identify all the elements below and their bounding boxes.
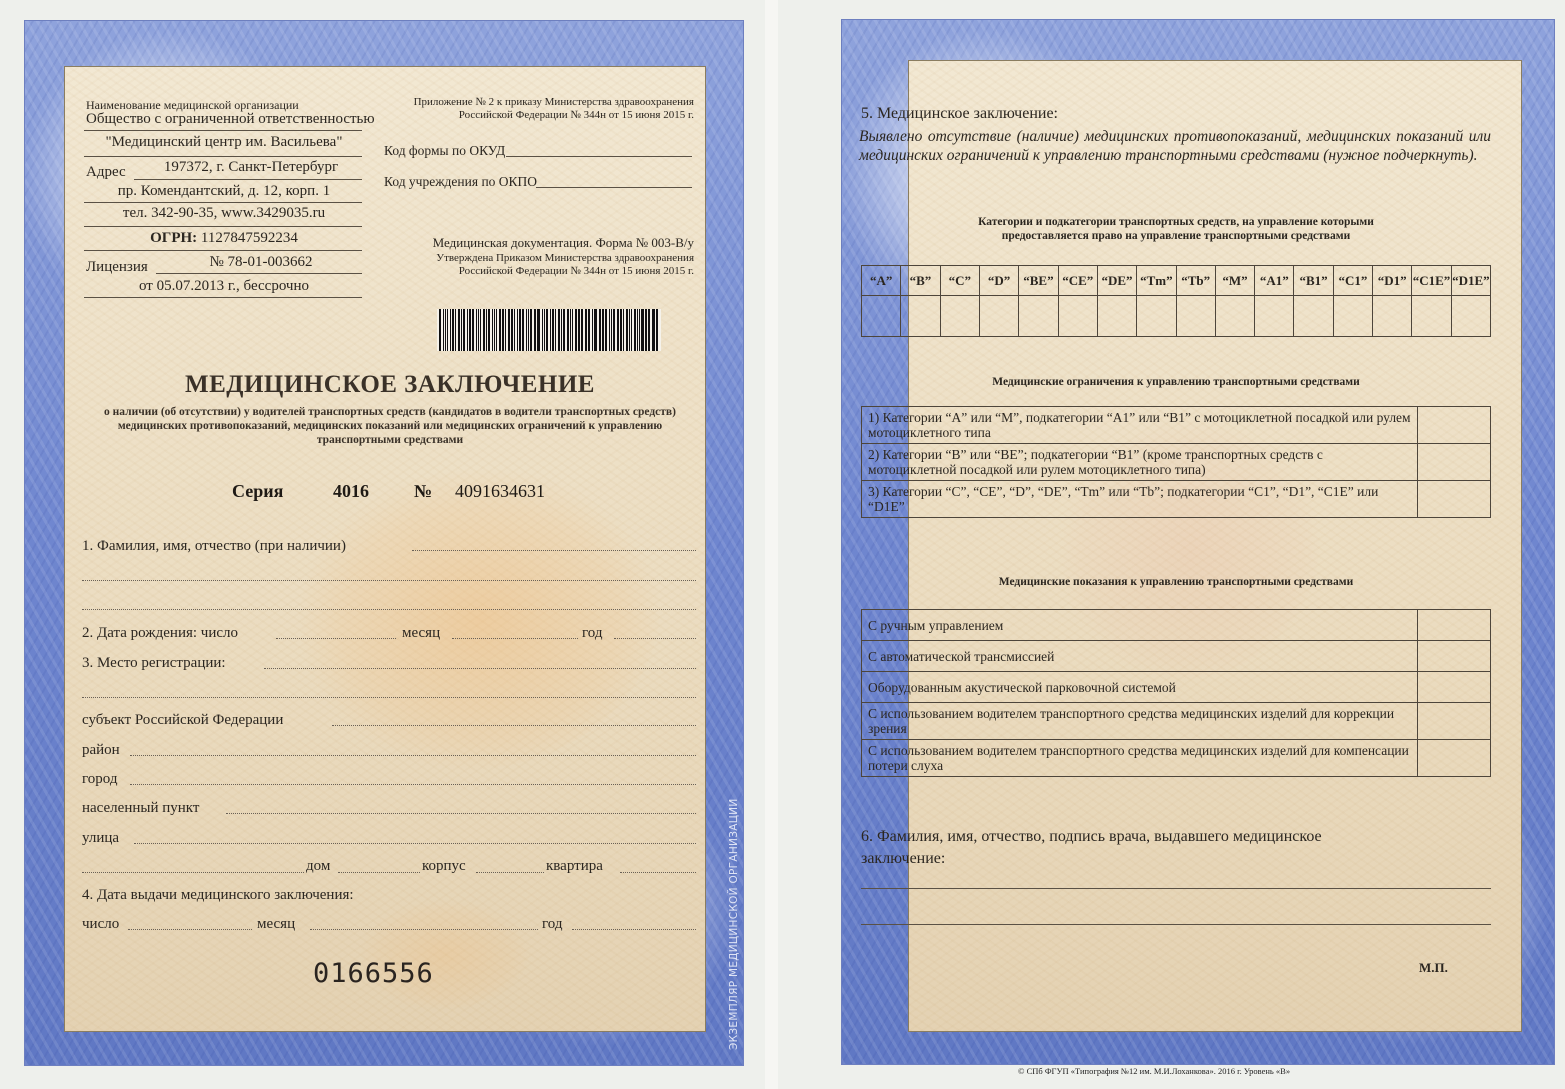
address-line1: 197372, г. Санкт-Петербург xyxy=(140,159,362,176)
category-header: “A” xyxy=(862,266,901,296)
table-row: 3) Категории “C”, “CE”, “D”, “DE”, “Tm” … xyxy=(862,481,1491,518)
issue-year-field[interactable] xyxy=(572,929,696,930)
section6-label: 6. Фамилия, имя, отчество, подпись врача… xyxy=(861,826,1381,870)
table-row: 1) Категории “A” или “M”, подкатегории “… xyxy=(862,407,1491,444)
org-name: "Медицинский центр им. Васильева" xyxy=(86,134,362,151)
indication-text: С использованием водителем транспортного… xyxy=(862,740,1418,777)
category-cell[interactable] xyxy=(1058,296,1097,337)
category-cell[interactable] xyxy=(1097,296,1136,337)
okpo-field[interactable] xyxy=(536,187,692,188)
category-cell[interactable] xyxy=(1137,296,1176,337)
category-cell[interactable] xyxy=(1176,296,1215,337)
issue-month-label: месяц xyxy=(257,916,295,933)
category-header: “B1” xyxy=(1294,266,1333,296)
section5-label: 5. Медицинское заключение: xyxy=(861,105,1058,123)
table-row: С ручным управлением xyxy=(862,610,1491,641)
street-label: улица xyxy=(82,830,119,847)
issue-year-label: год xyxy=(542,916,562,933)
form-line1: Медицинская документация. Форма № 003-В/… xyxy=(380,235,694,251)
fullname-field-2[interactable] xyxy=(82,580,696,581)
category-cell[interactable] xyxy=(940,296,979,337)
underline xyxy=(134,179,362,180)
indications-header: Медицинские показания к управлению транс… xyxy=(861,575,1491,589)
birth-day-field[interactable] xyxy=(276,638,396,639)
street-field-2[interactable] xyxy=(82,872,304,873)
house-field[interactable] xyxy=(338,872,420,873)
category-cell[interactable] xyxy=(862,296,901,337)
subject-label: субъект Российской Федерации xyxy=(82,712,283,729)
category-cell[interactable] xyxy=(901,296,940,337)
okud-label: Код формы по ОКУД xyxy=(384,143,505,159)
indications-table: С ручным управлением С автоматической тр… xyxy=(861,609,1491,777)
category-header: “DE” xyxy=(1097,266,1136,296)
issue-day-field[interactable] xyxy=(128,929,252,930)
form-line3: Российской Федерации № 344н от 15 июня 2… xyxy=(380,265,694,277)
subject-field[interactable] xyxy=(332,725,696,726)
city-field[interactable] xyxy=(130,784,696,785)
underline xyxy=(156,273,362,274)
underline xyxy=(84,226,362,227)
category-header: “BE” xyxy=(1019,266,1058,296)
restrictions-table: 1) Категории “A” или “M”, подкатегории “… xyxy=(861,406,1491,518)
table-row: Оборудованным акустической парковочной с… xyxy=(862,672,1491,703)
category-header: “B” xyxy=(901,266,940,296)
issue-month-field[interactable] xyxy=(310,929,538,930)
fullname-field[interactable] xyxy=(412,550,696,551)
category-cell[interactable] xyxy=(1215,296,1254,337)
category-header: “CE” xyxy=(1058,266,1097,296)
category-header: “C1” xyxy=(1333,266,1372,296)
ogrn-label: ОГРН: xyxy=(150,230,197,246)
section5-text: Выявлено отсутствие (наличие) медицински… xyxy=(859,127,1491,165)
indication-check-cell[interactable] xyxy=(1418,610,1491,641)
category-cell[interactable] xyxy=(1294,296,1333,337)
ogrn-value: 1127847592234 xyxy=(201,230,298,246)
number-label: № xyxy=(414,481,432,502)
category-cell[interactable] xyxy=(1412,296,1451,337)
doctor-field-1[interactable] xyxy=(861,888,1491,889)
category-header: “Tb” xyxy=(1176,266,1215,296)
category-cell[interactable] xyxy=(1333,296,1372,337)
birth-year-field[interactable] xyxy=(614,638,696,639)
document-title: МЕДИЦИНСКОЕ ЗАКЛЮЧЕНИЕ xyxy=(86,371,694,399)
restriction-text: 2) Категории “B” или “BE”; подкатегории … xyxy=(862,444,1418,481)
category-header: “M” xyxy=(1215,266,1254,296)
indication-check-cell[interactable] xyxy=(1418,641,1491,672)
building-field[interactable] xyxy=(476,872,544,873)
category-cell[interactable] xyxy=(1255,296,1294,337)
locality-label: населенный пункт xyxy=(82,800,199,817)
underline xyxy=(84,250,362,251)
indication-text: Оборудованным акустической парковочной с… xyxy=(862,672,1418,703)
categories-table: “A”“B”“C”“D”“BE”“CE”“DE”“Tm”“Tb”“M”“A1”“… xyxy=(861,265,1491,337)
registration-field[interactable] xyxy=(264,668,696,669)
apartment-field[interactable] xyxy=(620,872,696,873)
category-header: “D1E” xyxy=(1451,266,1490,296)
address-line2: пр. Комендантский, д. 12, корп. 1 xyxy=(86,183,362,200)
license-number: № 78-01-003662 xyxy=(160,254,362,271)
category-cell[interactable] xyxy=(979,296,1018,337)
category-cell[interactable] xyxy=(1019,296,1058,337)
apartment-label: квартира xyxy=(546,858,603,875)
indication-check-cell[interactable] xyxy=(1418,740,1491,777)
printer-footer: © СПб ФГУП «Типография №12 им. М.И.Лохан… xyxy=(1018,1066,1290,1076)
indication-check-cell[interactable] xyxy=(1418,703,1491,740)
indication-text: С ручным управлением xyxy=(862,610,1418,641)
category-header: “Tm” xyxy=(1137,266,1176,296)
page-gap xyxy=(765,0,778,1089)
indication-text: С автоматической трансмиссией xyxy=(862,641,1418,672)
series-value: 4016 xyxy=(333,481,369,502)
license-label: Лицензия xyxy=(86,259,148,276)
underline xyxy=(84,130,362,131)
org-line1: Общество с ограниченной ответственностью xyxy=(86,111,375,128)
stamp-label: М.П. xyxy=(1419,960,1448,976)
locality-field[interactable] xyxy=(226,813,696,814)
license-date: от 05.07.2013 г., бессрочно xyxy=(86,278,362,295)
fullname-field-3[interactable] xyxy=(82,609,696,610)
city-label: город xyxy=(82,771,117,788)
restriction-check-cell[interactable] xyxy=(1418,481,1491,518)
appendix-line2: Российской Федерации № 344н от 15 июня 2… xyxy=(380,109,694,121)
indication-text: С использованием водителем транспортного… xyxy=(862,703,1418,740)
house-label: дом xyxy=(306,858,330,875)
doctor-field-2[interactable] xyxy=(861,924,1491,925)
phone-line: тел. 342-90-35, www.3429035.ru xyxy=(86,205,362,222)
table-row: С автоматической трансмиссией xyxy=(862,641,1491,672)
category-cell[interactable] xyxy=(1451,296,1490,337)
birth-month-label: месяц xyxy=(402,625,440,642)
category-header: “A1” xyxy=(1255,266,1294,296)
copy-label-vertical: ЭКЗЕМПЛЯР МЕДИЦИНСКОЙ ОРГАНИЗАЦИИ xyxy=(728,799,740,1050)
underline xyxy=(84,202,362,203)
restriction-text: 3) Категории “C”, “CE”, “D”, “DE”, “Tm” … xyxy=(862,481,1418,518)
barcode xyxy=(437,309,661,351)
address-label: Адрес xyxy=(86,164,126,181)
restriction-text: 1) Категории “A” или “M”, подкатегории “… xyxy=(862,407,1418,444)
category-cell[interactable] xyxy=(1373,296,1412,337)
underline xyxy=(84,156,362,157)
form-line2: Утверждена Приказом Министерства здравоо… xyxy=(380,252,694,264)
district-field[interactable] xyxy=(130,755,696,756)
categories-header: Категории и подкатегории транспортных ср… xyxy=(861,215,1491,243)
number-value: 4091634631 xyxy=(455,481,545,502)
table-row: С использованием водителем транспортного… xyxy=(862,703,1491,740)
district-label: район xyxy=(82,742,120,759)
category-header: “D” xyxy=(979,266,1018,296)
okud-field[interactable] xyxy=(506,156,692,157)
issue-day-label: число xyxy=(82,916,119,933)
appendix-line1: Приложение № 2 к приказу Министерства зд… xyxy=(380,96,694,108)
document-subtitle: о наличии (об отсутствии) у водителей тр… xyxy=(86,405,694,447)
restriction-check-cell[interactable] xyxy=(1418,407,1491,444)
birth-month-field[interactable] xyxy=(452,638,578,639)
field1-label: 1. Фамилия, имя, отчество (при наличии) xyxy=(82,538,346,555)
field2-label: 2. Дата рождения: число xyxy=(82,625,238,642)
field4-label: 4. Дата выдачи медицинского заключения: xyxy=(82,887,354,904)
field3-label: 3. Место регистрации: xyxy=(82,655,226,672)
building-label: корпус xyxy=(422,858,466,875)
indication-check-cell[interactable] xyxy=(1418,672,1491,703)
category-header: “C1E” xyxy=(1412,266,1451,296)
table-row: 2) Категории “B” или “BE”; подкатегории … xyxy=(862,444,1491,481)
series-label: Серия xyxy=(232,481,283,502)
registration-field-2[interactable] xyxy=(82,697,696,698)
category-header: “C” xyxy=(940,266,979,296)
restriction-check-cell[interactable] xyxy=(1418,444,1491,481)
category-header: “D1” xyxy=(1373,266,1412,296)
street-field[interactable] xyxy=(134,843,696,844)
serial-number: 0166556 xyxy=(313,958,434,989)
restrictions-header: Медицинские ограничения к управлению тра… xyxy=(861,375,1491,389)
underline xyxy=(84,297,362,298)
table-row: С использованием водителем транспортного… xyxy=(862,740,1491,777)
okpo-label: Код учреждения по ОКПО xyxy=(384,174,537,190)
birth-year-label: год xyxy=(582,625,602,642)
